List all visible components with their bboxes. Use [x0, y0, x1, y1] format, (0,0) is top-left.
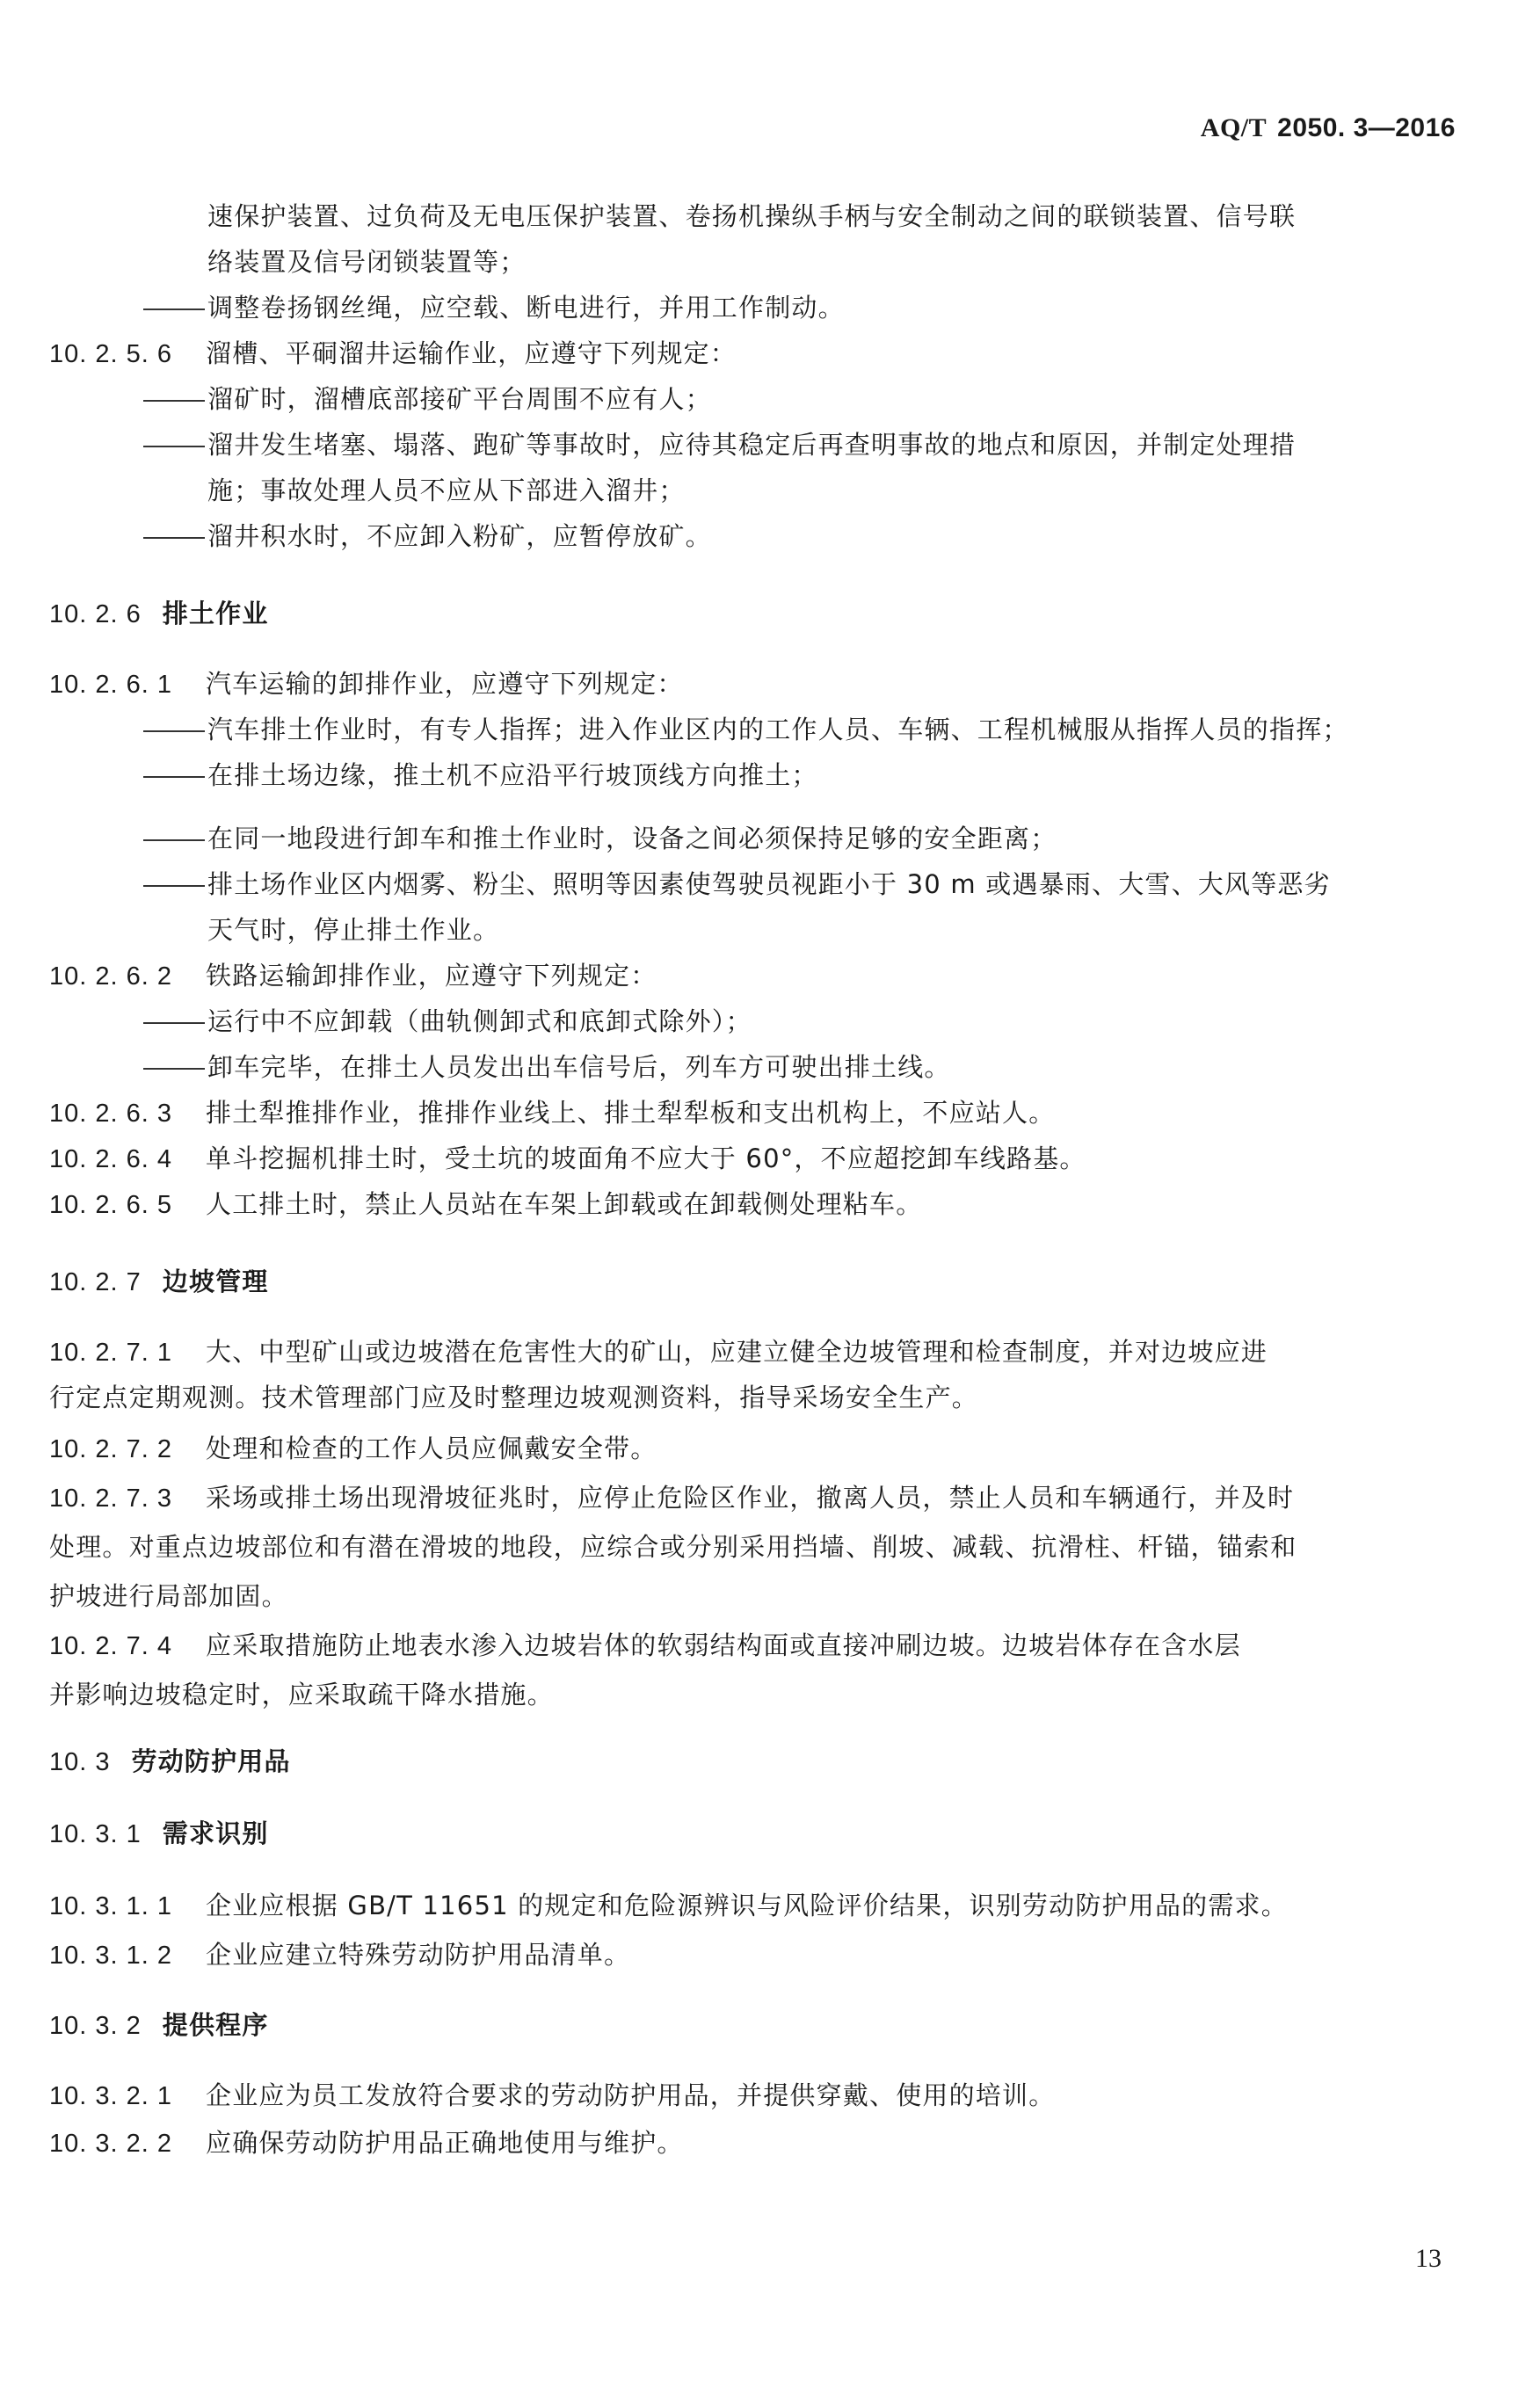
clause-10-3-2-2: 10. 3. 2. 2应确保劳动防护用品正确地使用与维护。 — [49, 2125, 684, 2161]
list-item-text: 调整卷扬钢丝绳，应空载、断电进行，并用工作制动。 — [207, 293, 845, 323]
dash-marker — [143, 730, 205, 732]
list-item: 调整卷扬钢丝绳，应空载、断电进行，并用工作制动。 — [143, 290, 845, 325]
clause-text: 排土犁推排作业，推排作业线上、排土犁犁板和支出机构上，不应站人。 — [206, 1098, 1055, 1128]
clause-text: 单斗挖掘机排土时，受土坑的坡面角不应大于 60°，不应超挖卸车线路基。 — [206, 1143, 1086, 1173]
page-header: AQ/T2050. 3—2016 — [1201, 113, 1456, 143]
clause-10-2-7-4: 10. 2. 7. 4应采取措施防止地表水渗入边坡岩体的软弱结构面或直接冲刷边坡… — [49, 1628, 1241, 1664]
body-text-line: 速保护装置、过负荷及无电压保护装置、卷扬机操纵手柄与安全制动之间的联锁装置、信号… — [207, 199, 1296, 234]
clause-text: 人工排土时，禁止人员站在车架上卸载或在卸载侧处理粘车。 — [206, 1189, 922, 1219]
dash-marker — [143, 1022, 205, 1024]
list-item: 卸车完毕，在排土人员发出出车信号后，列车方可驶出排土线。 — [143, 1049, 951, 1085]
clause-number: 10. 2. 6. 1 — [49, 667, 206, 702]
section-heading-10-2-6: 10. 2. 6排土作业 — [49, 596, 269, 632]
clause-number: 10. 3. 2. 2 — [49, 2126, 206, 2161]
clause-10-2-6-5: 10. 2. 6. 5人工排土时，禁止人员站在车架上卸载或在卸载侧处理粘车。 — [49, 1187, 922, 1223]
clause-number: 10. 3. 1. 2 — [49, 1938, 206, 1973]
section-number: 10. 3. 2 — [49, 2008, 142, 2043]
standard-number: 2050. 3—2016 — [1277, 113, 1456, 142]
list-item: 溜井发生堵塞、塌落、跑矿等事故时，应待其稳定后再查明事故的地点和原因，并制定处理… — [143, 427, 1296, 462]
clause-number: 10. 2. 5. 6 — [49, 337, 206, 372]
body-text-line: 处理。对重点边坡部位和有潜在滑坡的地段，应综合或分别采用挡墙、削坡、减载、抗滑柱… — [49, 1529, 1297, 1564]
list-item: 在同一地段进行卸车和推土作业时，设备之间必须保持足够的安全距离； — [143, 821, 1057, 856]
body-text-line: 护坡进行局部加固。 — [49, 1579, 288, 1614]
list-item-text: 汽车排土作业时，有专人指挥；进入作业区内的工作人员、车辆、工程机械服从指挥人员的… — [207, 715, 1349, 744]
clause-text: 企业应根据 GB/T 11651 的规定和危险源辨识与风险评价结果，识别劳动防护… — [206, 1891, 1288, 1920]
clause-number: 10. 2. 6. 4 — [49, 1142, 206, 1177]
clause-text: 大、中型矿山或边坡潜在危害性大的矿山，应建立健全边坡管理和检查制度，并对边坡应进 — [206, 1337, 1268, 1367]
clause-text: 应确保劳动防护用品正确地使用与维护。 — [206, 2128, 684, 2158]
section-heading-10-3-2: 10. 3. 2提供程序 — [49, 2007, 269, 2043]
clause-10-2-7-3: 10. 2. 7. 3采场或排土场出现滑坡征兆时，应停止危险区作业，撤离人员，禁… — [49, 1480, 1294, 1516]
clause-number: 10. 2. 7. 1 — [49, 1335, 206, 1370]
section-number: 10. 2. 7 — [49, 1265, 142, 1300]
clause-text: 铁路运输卸排作业，应遵守下列规定： — [206, 961, 657, 991]
body-text-line: 并影响边坡稳定时，应采取疏干降水措施。 — [49, 1677, 554, 1712]
section-number: 10. 3 — [49, 1745, 111, 1780]
body-text-line: 施；事故处理人员不应从下部进入溜井； — [207, 473, 686, 508]
body-text-line: 行定点定期观测。技术管理部门应及时整理边坡观测资料，指导采场安全生产。 — [49, 1380, 978, 1415]
section-title: 劳动防护用品 — [132, 1746, 291, 1776]
list-item: 在排土场边缘，推土机不应沿平行坡顶线方向推土； — [143, 758, 818, 793]
clause-text: 企业应为员工发放符合要求的劳动防护用品，并提供穿戴、使用的培训。 — [206, 2080, 1055, 2110]
section-title: 需求识别 — [163, 1818, 269, 1848]
clause-10-2-6-4: 10. 2. 6. 4单斗挖掘机排土时，受土坑的坡面角不应大于 60°，不应超挖… — [49, 1141, 1086, 1177]
dash-marker — [143, 400, 205, 402]
section-heading-10-2-7: 10. 2. 7边坡管理 — [49, 1264, 269, 1300]
clause-number: 10. 2. 7. 2 — [49, 1432, 206, 1467]
list-item: 溜矿时，溜槽底部接矿平台周围不应有人； — [143, 381, 712, 417]
clause-number: 10. 2. 6. 5 — [49, 1187, 206, 1223]
clause-10-2-5-6: 10. 2. 5. 6溜槽、平硐溜井运输作业，应遵守下列规定： — [49, 336, 737, 372]
dash-marker — [143, 537, 205, 539]
section-title: 边坡管理 — [163, 1267, 269, 1296]
section-number: 10. 2. 6 — [49, 597, 142, 632]
clause-number: 10. 2. 7. 3 — [49, 1481, 206, 1516]
clause-text: 企业应建立特殊劳动防护用品清单。 — [206, 1940, 630, 1970]
clause-10-3-2-1: 10. 3. 2. 1企业应为员工发放符合要求的劳动防护用品，并提供穿戴、使用的… — [49, 2078, 1055, 2114]
body-text-line: 络装置及信号闭锁装置等； — [207, 244, 526, 279]
dash-marker — [143, 839, 205, 841]
list-item-text: 运行中不应卸载（曲轨侧卸式和底卸式除外）； — [207, 1006, 752, 1036]
clause-10-2-6-1: 10. 2. 6. 1汽车运输的卸排作业，应遵守下列规定： — [49, 666, 684, 702]
list-item-text: 在排土场边缘，推土机不应沿平行坡顶线方向推土； — [207, 760, 818, 790]
section-number: 10. 3. 1 — [49, 1817, 142, 1852]
list-item-text: 排土场作业区内烟雾、粉尘、照明等因素使驾驶员视距小于 30 m 或遇暴雨、大雪、… — [207, 869, 1331, 899]
clause-10-2-7-1: 10. 2. 7. 1大、中型矿山或边坡潜在危害性大的矿山，应建立健全边坡管理和… — [49, 1334, 1268, 1370]
clause-number: 10. 3. 2. 1 — [49, 2079, 206, 2114]
dash-marker — [143, 885, 205, 887]
clause-10-3-1-1: 10. 3. 1. 1企业应根据 GB/T 11651 的规定和危险源辨识与风险… — [49, 1888, 1288, 1924]
clause-text: 处理和检查的工作人员应佩戴安全带。 — [206, 1434, 657, 1463]
clause-10-3-1-2: 10. 3. 1. 2企业应建立特殊劳动防护用品清单。 — [49, 1937, 630, 1973]
dash-marker — [143, 309, 205, 310]
dash-marker — [143, 776, 205, 778]
clause-number: 10. 2. 7. 4 — [49, 1629, 206, 1664]
clause-text: 溜槽、平硐溜井运输作业，应遵守下列规定： — [206, 338, 737, 368]
dash-marker — [143, 446, 205, 447]
list-item-text: 溜井发生堵塞、塌落、跑矿等事故时，应待其稳定后再查明事故的地点和原因，并制定处理… — [207, 430, 1296, 460]
list-item-text: 在同一地段进行卸车和推土作业时，设备之间必须保持足够的安全距离； — [207, 824, 1057, 853]
body-text-line: 天气时，停止排土作业。 — [207, 912, 499, 947]
clause-10-2-6-3: 10. 2. 6. 3排土犁推排作业，推排作业线上、排土犁犁板和支出机构上，不应… — [49, 1095, 1055, 1131]
list-item-text: 溜井积水时，不应卸入粉矿，应暂停放矿。 — [207, 521, 712, 551]
clause-text: 应采取措施防止地表水渗入边坡岩体的软弱结构面或直接冲刷边坡。边坡岩体存在含水层 — [206, 1630, 1241, 1660]
list-item-text: 卸车完毕，在排土人员发出出车信号后，列车方可驶出排土线。 — [207, 1052, 951, 1082]
list-item: 溜井积水时，不应卸入粉矿，应暂停放矿。 — [143, 519, 712, 554]
standard-code: AQ/T — [1201, 113, 1267, 142]
clause-number: 10. 2. 6. 2 — [49, 959, 206, 994]
clause-10-2-6-2: 10. 2. 6. 2铁路运输卸排作业，应遵守下列规定： — [49, 958, 657, 994]
list-item-text: 溜矿时，溜槽底部接矿平台周围不应有人； — [207, 384, 712, 414]
page-number: 13 — [1415, 2244, 1442, 2274]
list-item: 汽车排土作业时，有专人指挥；进入作业区内的工作人员、车辆、工程机械服从指挥人员的… — [143, 712, 1349, 747]
section-heading-10-3: 10. 3劳动防护用品 — [49, 1744, 291, 1780]
list-item: 排土场作业区内烟雾、粉尘、照明等因素使驾驶员视距小于 30 m 或遇暴雨、大雪、… — [143, 867, 1331, 902]
clause-number: 10. 3. 1. 1 — [49, 1889, 206, 1924]
clause-number: 10. 2. 6. 3 — [49, 1096, 206, 1131]
section-title: 排土作业 — [163, 599, 269, 628]
clause-text: 采场或排土场出现滑坡征兆时，应停止危险区作业，撤离人员，禁止人员和车辆通行，并及… — [206, 1483, 1294, 1513]
clause-text: 汽车运输的卸排作业，应遵守下列规定： — [206, 669, 684, 699]
section-heading-10-3-1: 10. 3. 1需求识别 — [49, 1816, 269, 1852]
section-title: 提供程序 — [163, 2010, 269, 2040]
list-item: 运行中不应卸载（曲轨侧卸式和底卸式除外）； — [143, 1004, 752, 1039]
clause-10-2-7-2: 10. 2. 7. 2处理和检查的工作人员应佩戴安全带。 — [49, 1431, 657, 1467]
dash-marker — [143, 1068, 205, 1070]
